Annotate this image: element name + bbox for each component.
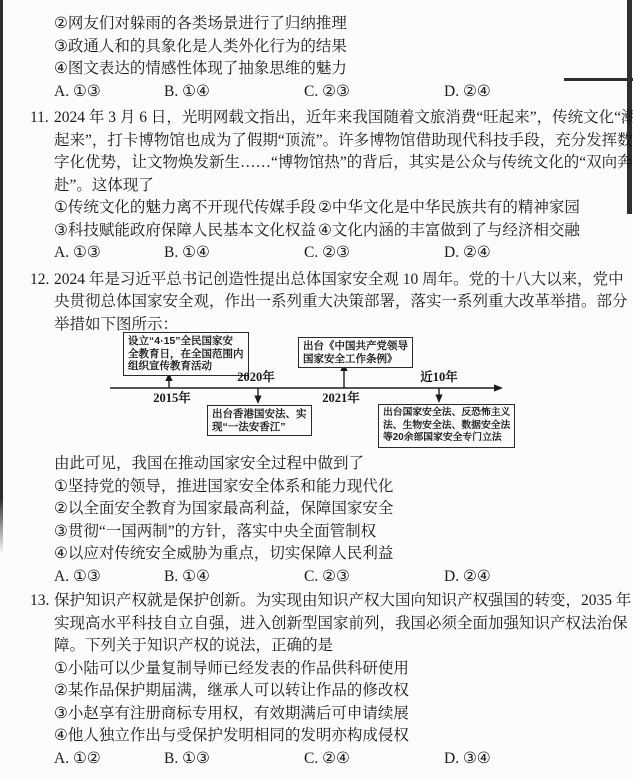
diagram-box-2020-hk-law: 出台香港国安法、实 现“一法安香江” — [207, 405, 312, 436]
option-item: ④文化内涵的丰富做到了与经济相交融 — [318, 220, 580, 243]
question-number: 12. — [30, 269, 54, 292]
diagram-box-line: 现“一法安香江” — [212, 421, 307, 434]
question-stem-line: 障。下列关于知识产权的说法，正确的是 — [0, 635, 633, 658]
option-item-line: ②网友们对躲雨的各类场景进行了归纳推理 — [0, 13, 633, 36]
choice-option: A. ①② — [54, 748, 164, 771]
diagram-box-line: 出台《中国共产党领导 — [303, 340, 408, 353]
choice-option: D. ②④ — [444, 566, 491, 589]
choice-option: D. ②④ — [444, 81, 491, 104]
text-content: ②网友们对躲雨的各类场景进行了归纳推理 ③政通人和的具象化是人类外化行为的结果 … — [0, 13, 633, 770]
option-item: ③科技赋能政府保障人民基本文化权益 — [54, 220, 318, 243]
option-item-line: ①坚持党的领导，推进国家安全体系和能力现代化 — [0, 476, 633, 499]
diagram-box-line: 出台香港国安法、实 — [212, 408, 307, 421]
choice-option: C. ②③ — [304, 81, 444, 104]
question-stem-line: 起来”，打卡博物馆也成为了假期“顶流”。许多博物馆借助现代科技手段，充分发挥数 — [0, 130, 633, 153]
question-conclusion-line: 由此可见，我国在推动国家安全过程中做到了 — [0, 453, 633, 476]
option-item-line: ④图文表达的情感性体现了抽象思维的魅力 — [0, 58, 633, 81]
option-item-line: ②某作品保护期届满，继承人可以转让作品的修改权 — [0, 680, 633, 703]
diagram-box-line: 国家安全工作条例》 — [303, 353, 408, 366]
choice-option: A. ①③ — [54, 242, 164, 265]
choice-option: A. ①③ — [54, 566, 164, 589]
timeline-diagram: 设立“4·15”全民国家安 全教育日，在全国范围内 组织宣传教育活动 出台《中国… — [0, 336, 633, 453]
question-number: 11. — [30, 107, 54, 130]
timeline-label-2021: 2021年 — [314, 391, 368, 405]
option-item-line: ④以应对传统安全威胁为重点，切实保障人民利益 — [0, 543, 633, 566]
question-stem-line: 实现高水平科技自立自强，进入创新型国家前列，我国必须全面加强知识产权法治保 — [0, 613, 633, 636]
question-stem-line: 11.2024 年 3 月 6 日，光明网载文指出，近年来我国随着文旅消费“旺起… — [0, 107, 633, 130]
question-number: 13. — [30, 590, 54, 613]
diagram-box-line: 全教育日，在全国范围内 — [128, 348, 244, 361]
question-stem-line: 举措如下图所示： — [0, 314, 633, 337]
diagram-box-line: 组织宣传教育活动 — [128, 360, 244, 373]
choice-option: B. ①④ — [164, 242, 304, 265]
timeline-label-recent-10-years: 近10年 — [412, 370, 466, 384]
choice-option: B. ①③ — [164, 748, 304, 771]
option-pair-row: ③科技赋能政府保障人民基本文化权益 ④文化内涵的丰富做到了与经济相交融 — [0, 220, 633, 243]
option-item: ②中华文化是中华民族共有的精神家园 — [318, 197, 580, 220]
timeline-label-2020: 2020年 — [229, 370, 283, 384]
choices-row: A. ①③ B. ①④ C. ②③ D. ②④ — [0, 242, 633, 265]
choice-option: A. ①③ — [54, 81, 164, 104]
question-stem-line: 央贯彻总体国家安全观，作出一系列重大决策部署，落实一系列重大改革举措。部分 — [0, 291, 633, 314]
option-item: ①传统文化的魅力离不开现代传媒手段 — [54, 197, 318, 220]
choice-option: D. ②④ — [444, 242, 491, 265]
choices-row: A. ①③ B. ①④ C. ②③ D. ②④ — [0, 81, 633, 104]
diagram-box-recent-legislation: 出台国家安全法、反恐怖主义 法、生物安全法、数据安全法 等20余部国家安全专门立… — [378, 404, 515, 448]
option-item-line: ③小赵享有注册商标专用权，有效期满后可申请续展 — [0, 703, 633, 726]
question-stem-line: 12.2024 年是习近平总书记创造性提出总体国家安全观 10 周年。党的十八大… — [0, 269, 633, 292]
diagram-box-line: 出台国家安全法、反恐怖主义 — [383, 407, 510, 420]
diagram-box-2021-regulation: 出台《中国共产党领导 国家安全工作条例》 — [298, 337, 413, 368]
diagram-box-line: 设立“4·15”全民国家安 — [128, 335, 244, 348]
choice-option: C. ②③ — [304, 242, 444, 265]
question-stem-line: 赴”。这体现了 — [0, 175, 633, 198]
choice-option: C. ②③ — [304, 566, 444, 589]
option-pair-row: ①传统文化的魅力离不开现代传媒手段 ②中华文化是中华民族共有的精神家园 — [0, 197, 633, 220]
question-stem-line: 字化优势，让文物焕发新生……“博物馆热”的背后，其实是公众与传统文化的“双向奔 — [0, 152, 633, 175]
option-item-line: ③贯彻“一国两制”的方针，落实中央全面管制权 — [0, 521, 633, 544]
diagram-box-line: 法、生物安全法、数据安全法 — [383, 420, 510, 433]
option-item-line: ①小陆可以少量复制导师已经发表的作品供科研使用 — [0, 658, 633, 681]
exam-document-page: ②网友们对躲雨的各类场景进行了归纳推理 ③政通人和的具象化是人类外化行为的结果 … — [0, 0, 633, 779]
choice-option: B. ①④ — [164, 81, 304, 104]
timeline-label-2015: 2015年 — [145, 391, 199, 405]
question-text: 保护知识产权就是保护创新。为实现由知识产权大国向知识产权强国的转变，2035 年 — [54, 592, 631, 609]
question-stem-line: 13.保护知识产权就是保护创新。为实现由知识产权大国向知识产权强国的转变，203… — [0, 590, 633, 613]
diagram-box-line: 等20余部国家安全专门立法 — [383, 432, 510, 445]
option-item-line: ②以全面安全教育为国家最高利益，保障国家安全 — [0, 498, 633, 521]
option-item-line: ③政通人和的具象化是人类外化行为的结果 — [0, 36, 633, 59]
option-item-line: ④他人独立作出与受保护发明相同的发明亦构成侵权 — [0, 725, 633, 748]
choice-option: B. ①④ — [164, 566, 304, 589]
question-text: 2024 年 3 月 6 日，光明网载文指出，近年来我国随着文旅消费“旺起来”，… — [54, 109, 633, 126]
choice-option: D. ③④ — [444, 748, 491, 771]
choices-row: A. ①③ B. ①④ C. ②③ D. ②④ — [0, 566, 633, 589]
question-text: 2024 年是习近平总书记创造性提出总体国家安全观 10 周年。党的十八大以来，… — [54, 271, 624, 288]
choice-option: C. ②④ — [304, 748, 444, 771]
choices-row: A. ①② B. ①③ C. ②④ D. ③④ — [0, 748, 633, 771]
